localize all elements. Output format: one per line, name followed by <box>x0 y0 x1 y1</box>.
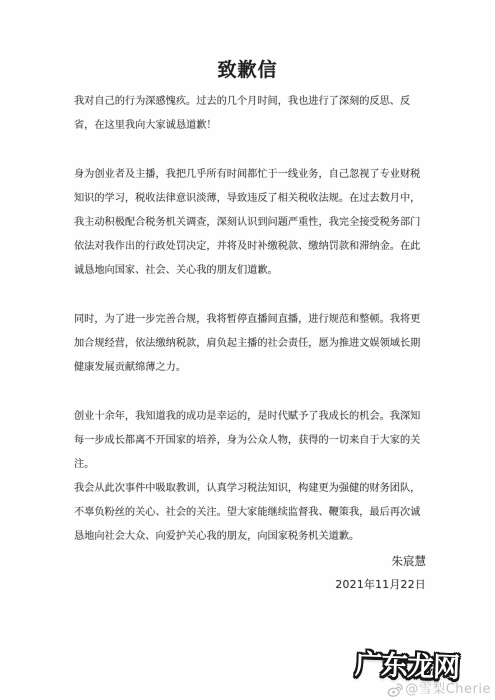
letter-date: 2021年11月22日 <box>74 573 426 597</box>
site-watermark: 广东龙网 <box>354 648 459 686</box>
author-watermark: @雪梨Cherie <box>387 682 491 698</box>
letter-paragraph-4: 创业十余年，我知道我的成功是幸运的，是时代赋予了我成长的机会。我深知 每一步成长… <box>74 405 426 477</box>
weibo-icon <box>386 682 404 698</box>
letter-paragraph-5: 我会从此次事件中吸取教训，认真学习税法知识，构建更为强健的财务团队， 不辜负粉丝… <box>74 477 426 549</box>
author-watermark-label: @雪梨Cherie <box>405 682 491 698</box>
apology-letter-document: 致歉信 我对自己的行为深感愧疚。过去的几个月时间，我也进行了深刻的反思、反 省，… <box>0 0 495 700</box>
signature: 朱宸慧 <box>74 549 426 573</box>
letter-paragraph-1: 我对自己的行为深感愧疚。过去的几个月时间，我也进行了深刻的反思、反 省，在这里我… <box>74 90 426 138</box>
letter-paragraph-3: 同时，为了进一步完善合规，我将暂停直播间直播，进行规范和整顿。我将更 加合规经营… <box>74 308 426 380</box>
letter-title: 致歉信 <box>0 57 495 83</box>
letter-paragraph-2: 身为创业者及主播，我把几乎所有时间都忙于一线业务，自己忽视了专业财税 知识的学习… <box>74 163 426 283</box>
letter-body: 我对自己的行为深感愧疚。过去的几个月时间，我也进行了深刻的反思、反 省，在这里我… <box>74 90 426 597</box>
